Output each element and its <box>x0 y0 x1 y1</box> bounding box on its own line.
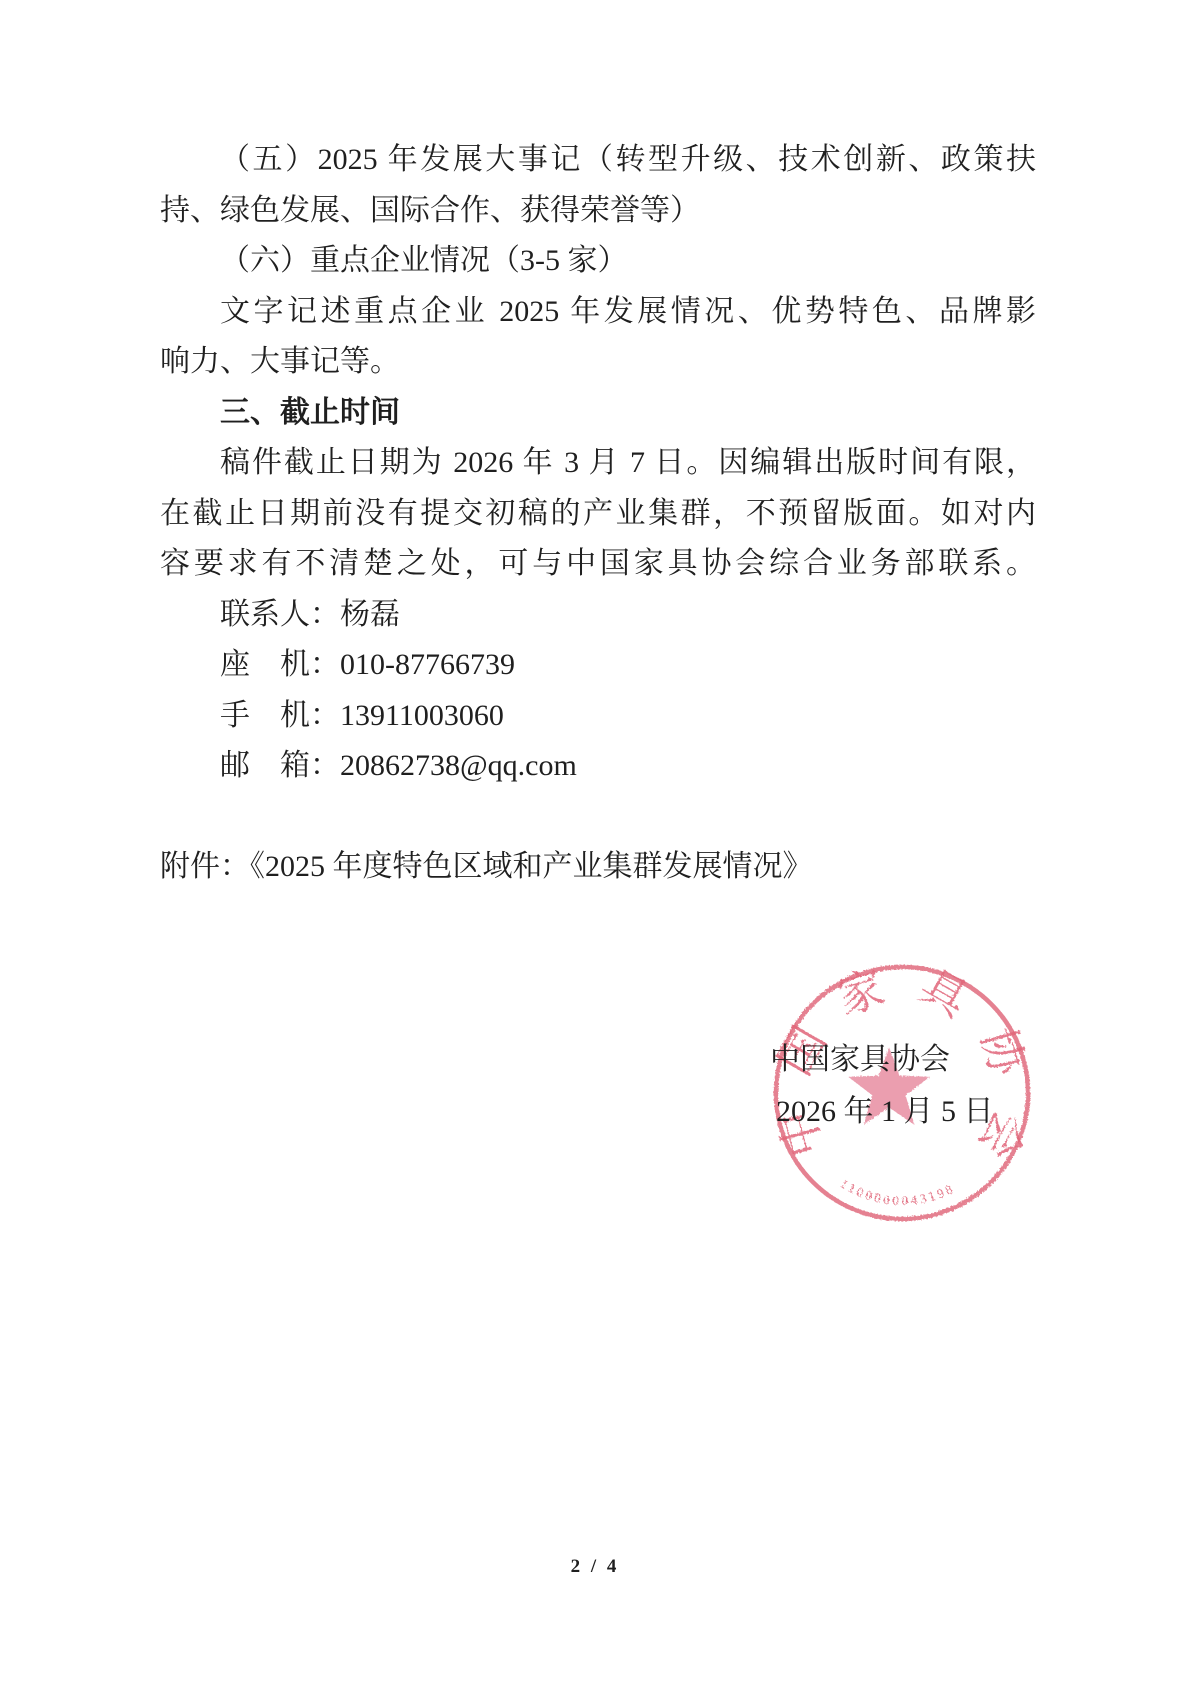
document-body: （五）2025 年发展大事记（转型升级、技术创新、政策扶持、绿色发展、国际合作、… <box>160 135 1036 893</box>
text-line: 文字记述重点企业 2025 年发展情况、优势特色、品牌影 <box>160 287 1036 338</box>
text-line: 在截止日期前没有提交初稿的产业集群，不预留版面。如对内 <box>160 489 1036 540</box>
text-line: 稿件截止日期为 2026 年 3 月 7 日。因编辑出版时间有限， <box>160 438 1036 489</box>
official-seal-stamp: 中国家具协会 1100000043198 <box>762 953 1042 1233</box>
section-heading: 三、截止时间 <box>160 388 1036 439</box>
text-line: 座 机：010-87766739 <box>160 640 1036 691</box>
text-line: 响力、大事记等。 <box>160 337 1036 388</box>
text-line: 手 机：13911003060 <box>160 691 1036 742</box>
signature-org: 中国家具协会 <box>770 1043 950 1077</box>
text-line: （五）2025 年发展大事记（转型升级、技术创新、政策扶 <box>160 135 1036 186</box>
text-line: （六）重点企业情况（3-5 家） <box>160 236 1036 287</box>
attachment-line: 附件：《2025 年度特色区域和产业集群发展情况》 <box>160 842 1036 893</box>
text-line: 容要求有不清楚之处，可与中国家具协会综合业务部联系。 <box>160 539 1036 590</box>
text-line: 邮 箱：20862738@qq.com <box>160 741 1036 792</box>
page-number: 2 / 4 <box>0 1556 1190 1578</box>
stamp-serial-number: 1100000043198 <box>838 1176 958 1208</box>
text-line: 持、绿色发展、国际合作、获得荣誉等） <box>160 186 1036 237</box>
text-line: 联系人：杨磊 <box>160 590 1036 641</box>
signature-date: 2026 年 1 月 5 日 <box>776 1095 994 1129</box>
document-page: （五）2025 年发展大事记（转型升级、技术创新、政策扶持、绿色发展、国际合作、… <box>0 0 1190 1682</box>
